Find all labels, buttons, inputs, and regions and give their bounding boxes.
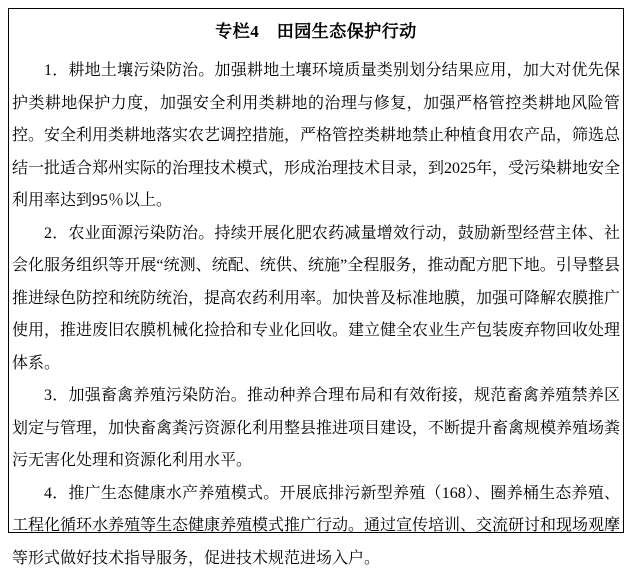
document-box: 专栏4 田园生态保护行动 1．耕地土壤污染防治。加强耕地土壤环境质量类别划分结果… [8, 8, 624, 533]
paragraph-4: 4．推广生态健康水产养殖模式。开展底排污新型养殖（168）、圈养桶生态养殖、工程… [12, 478, 620, 542]
box-body: 1．耕地土壤污染防治。加强耕地土壤环境质量类别划分结果应用，加大对优先保护类耕地… [12, 55, 620, 541]
paragraph-3: 3．加强畜禽养殖污染防治。推动种养合理布局和有效衔接，规范畜禽养殖禁养区划定与管… [12, 380, 620, 478]
paragraph-1: 1．耕地土壤污染防治。加强耕地土壤环境质量类别划分结果应用，加大对优先保护类耕地… [12, 55, 620, 218]
box-title: 专栏4 田园生态保护行动 [12, 20, 620, 44]
paragraph-2: 2．农业面源污染防治。持续开展化肥农药减量增效行动，鼓励新型经营主体、社会化服务… [12, 218, 620, 381]
